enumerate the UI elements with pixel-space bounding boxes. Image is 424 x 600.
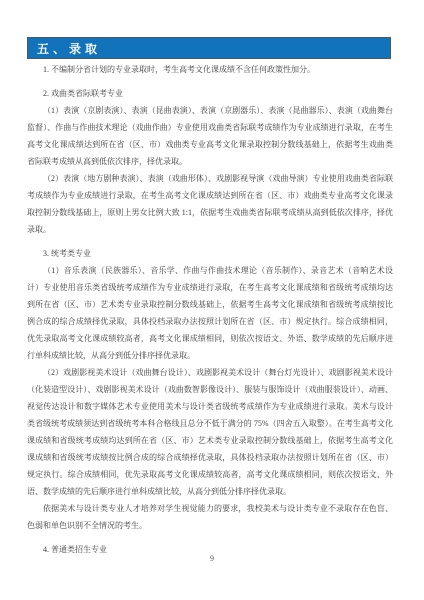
body-paragraph: （2）戏剧影视美术设计（戏曲舞台设计）、戏剧影视美术设计（舞台灯光设计）、戏剧影… <box>27 364 393 500</box>
body-paragraph: 依据美术与设计类专业人才培养对学生视觉能力的要求，我校美术与设计类专业不录取存在… <box>27 500 393 534</box>
document-body: 1. 不编制分省计划的专业录取时，考生高考文化课成绩不含任何政策性加分。2. 戏… <box>27 61 393 558</box>
document-page: 五、录取 1. 不编制分省计划的专业录取时，考生高考文化课成绩不含任何政策性加分… <box>0 0 424 600</box>
body-paragraph: （1）音乐表演（民族器乐）、音乐学、作曲与作曲技术理论（音乐制作）、录音艺术（音… <box>27 262 393 364</box>
body-paragraph: （1）表演（京剧表演）、表演（昆曲表演）、表演（京剧器乐）、表演（昆曲器乐）、表… <box>27 102 393 170</box>
section-header-bar: 五、录取 <box>27 37 391 59</box>
section-title: 五、录取 <box>37 40 101 57</box>
section-item: 1. 不编制分省计划的专业录取时，考生高考文化课成绩不含任何政策性加分。 <box>27 61 393 78</box>
section-heading: 3. 统考类专业 <box>27 245 393 262</box>
body-paragraph: （2）表演（地方剧种表演）、表演（戏曲形体）、戏剧影视导演（戏曲导演）专业使用戏… <box>27 170 393 238</box>
page-number: 9 <box>0 554 424 563</box>
section-heading: 2. 戏曲类省际联考专业 <box>27 85 393 102</box>
